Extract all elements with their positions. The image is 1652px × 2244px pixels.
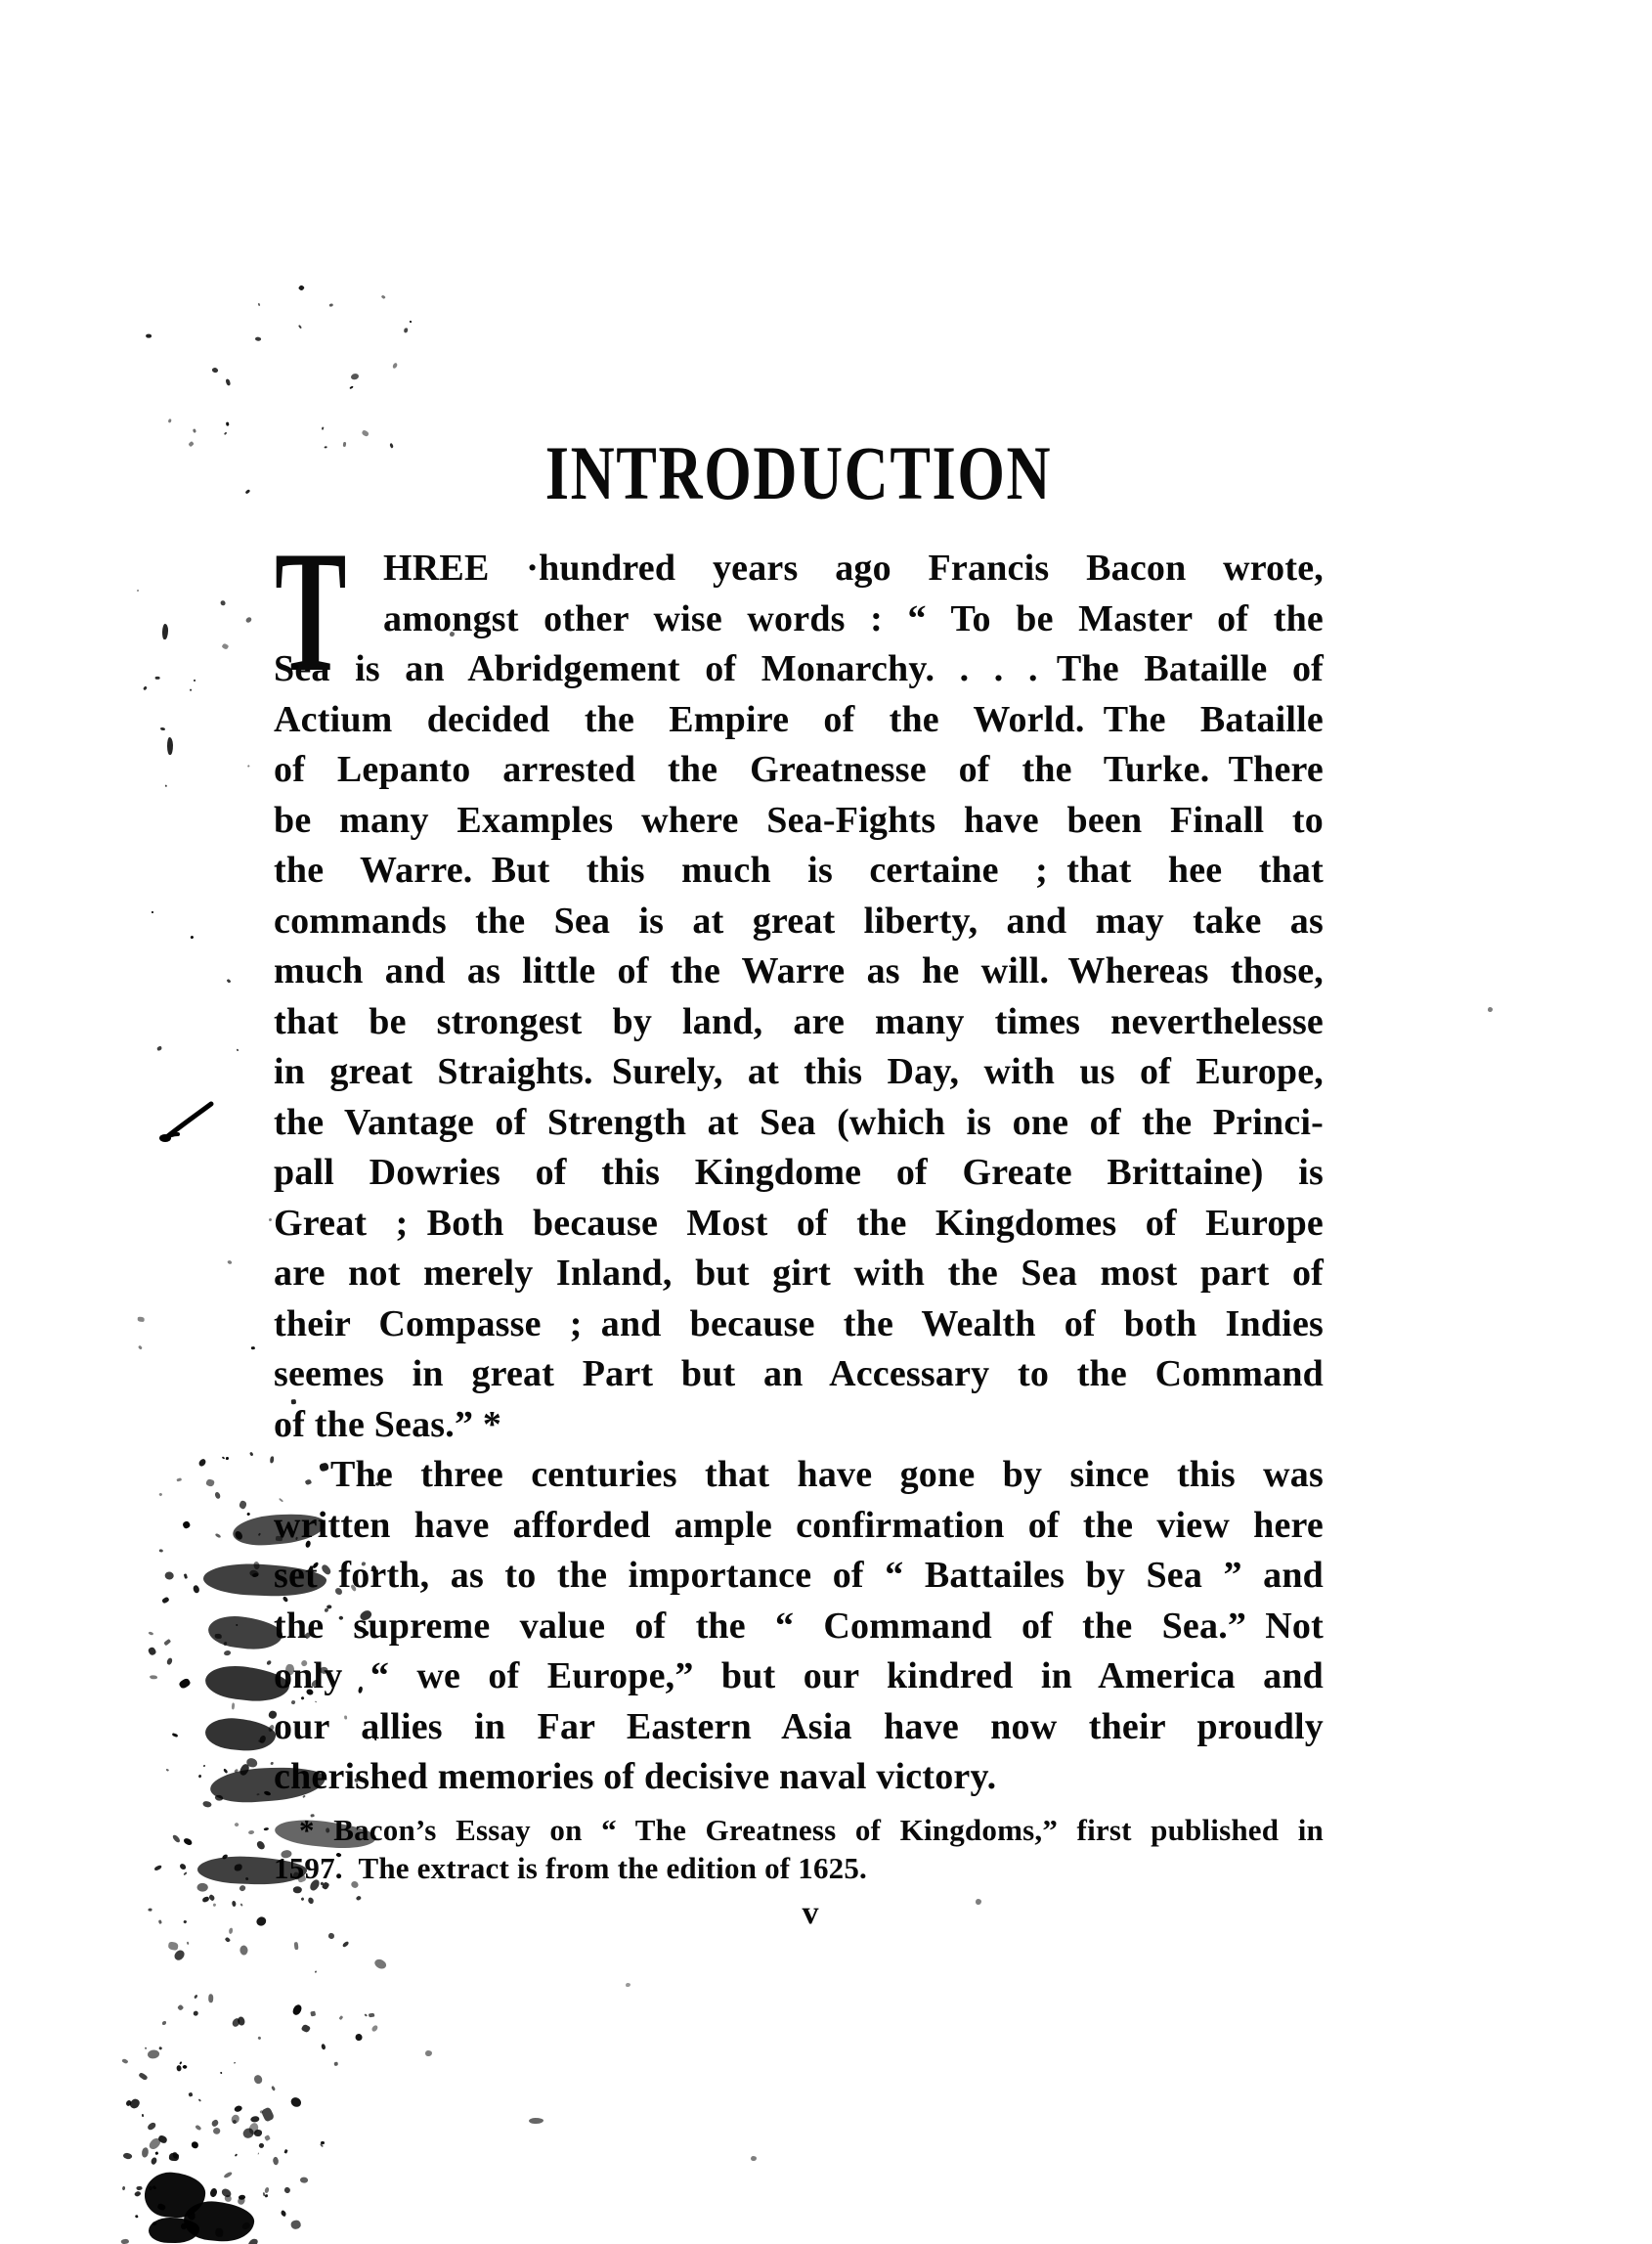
scan-speck [251, 1571, 258, 1577]
scan-speck [208, 2187, 219, 2198]
text-line: in great Straights. Surely, at this Day,… [274, 1047, 1324, 1098]
scan-speck [245, 1758, 258, 1769]
scan-speck [148, 2185, 152, 2190]
scan-speck [260, 1735, 267, 1743]
text-line: that be strongest by land, are many time… [274, 997, 1324, 1048]
scan-speck [247, 2122, 260, 2135]
scan-speck [223, 1642, 227, 1646]
ink-blob [143, 2171, 206, 2220]
pen-mark-icon [154, 1099, 219, 1150]
scan-speck [173, 1948, 187, 1961]
scan-speck [183, 1837, 194, 1846]
scan-speck [211, 367, 219, 374]
scan-speck [294, 1942, 299, 1950]
scan-speck [193, 428, 196, 433]
scan-speck [183, 1574, 188, 1579]
scan-speck [290, 2096, 302, 2108]
scan-speck [138, 1344, 143, 1349]
scan-speck [183, 1871, 188, 1876]
scan-speck [188, 2091, 193, 2096]
scan-speck [145, 2046, 147, 2049]
scan-speck [153, 1865, 162, 1871]
scan-speck [165, 1657, 173, 1666]
scan-speck [260, 2109, 264, 2113]
scan-speck [249, 1568, 260, 1578]
scan-speck [291, 2003, 304, 2017]
scan-speck [164, 1571, 175, 1581]
scan-speck [194, 679, 196, 682]
scan-speck [283, 2186, 291, 2194]
scan-speck [252, 2073, 263, 2085]
scan-speck [301, 2023, 311, 2033]
scan-speck [223, 1768, 229, 1774]
scan-speck [271, 2157, 280, 2167]
scan-speck [148, 2135, 162, 2151]
ink-blob [167, 737, 173, 755]
scan-speck [237, 2016, 246, 2027]
scan-speck [258, 2142, 265, 2149]
scan-speck [158, 1492, 162, 1496]
scan-speck [138, 2072, 148, 2081]
scan-speck [224, 431, 228, 435]
text-line: seemes in great Part but an Accessary to… [274, 1349, 1324, 1400]
scan-speck [255, 1915, 268, 1927]
scan-speck [202, 1800, 212, 1809]
scan-speck [120, 2238, 129, 2244]
text-line: be many Examples where Sea-Fights have b… [274, 796, 1324, 847]
scan-speck [264, 1790, 272, 1797]
scan-speck [156, 2203, 166, 2212]
scan-speck [163, 1639, 171, 1646]
scan-speck [137, 589, 140, 592]
scan-speck [224, 1936, 230, 1942]
scan-speck [156, 2134, 167, 2144]
text-line: of Lepanto arrested the Greatnesse of th… [274, 745, 1324, 796]
scan-speck [370, 2024, 378, 2032]
text-line: 1597. The extract is from the edition of… [274, 1849, 1324, 1887]
scan-speck [178, 1678, 191, 1690]
text-line: amongst other wise words : “ To be Maste… [383, 594, 1324, 645]
text-line: Sea is an Abridgement of Monarchy. . . .… [274, 644, 1324, 695]
scan-speck [224, 2171, 234, 2178]
paragraph-bacon-quote: HREE ·hundred years ago Francis Bacon wr… [274, 544, 1324, 1450]
ink-blob [529, 2118, 543, 2124]
text-line: The three centuries that have gone by si… [274, 1450, 1324, 1501]
scan-speck [176, 1477, 181, 1481]
book-page: INTRODUCTION T HREE ·hundred years ago F… [0, 0, 1652, 2244]
scan-speck [214, 1533, 221, 1539]
scan-speck [157, 1046, 163, 1052]
scan-speck [235, 1530, 243, 1540]
scan-speck [250, 2116, 259, 2123]
scan-speck [253, 1562, 261, 1570]
scan-speck [221, 2186, 233, 2198]
ink-blob [182, 2199, 255, 2244]
scan-speck [165, 1768, 169, 1772]
scan-speck [182, 2064, 188, 2070]
scan-speck [311, 2011, 317, 2017]
ink-blob [425, 2050, 432, 2056]
scan-speck [351, 373, 360, 379]
text-line: the supreme value of the “ Command of th… [274, 1602, 1324, 1652]
scan-speck [210, 2119, 219, 2128]
scan-speck [167, 1941, 179, 1950]
scan-speck [284, 2149, 288, 2153]
text-line: pall Dowries of this Kingdome of Greate … [274, 1148, 1324, 1199]
scan-speck [138, 1317, 145, 1322]
scan-speck [160, 726, 165, 729]
text-line: only “ we of Europe,” but our kindred in… [274, 1651, 1324, 1702]
scan-speck [193, 1585, 200, 1595]
scan-speck [147, 2121, 157, 2131]
scan-speck [300, 2178, 308, 2183]
scan-speck [247, 2237, 258, 2244]
scan-speck [234, 1822, 239, 1827]
text-line: of the Seas.” * [274, 1400, 1324, 1451]
scan-speck [253, 2130, 262, 2137]
scan-speck [325, 447, 327, 449]
scan-speck [227, 1259, 232, 1264]
scan-speck [177, 2004, 184, 2011]
scan-speck [165, 785, 167, 787]
scan-speck [211, 2126, 221, 2135]
scan-speck [173, 2151, 178, 2158]
scan-speck [233, 2061, 235, 2063]
scan-speck [186, 1942, 189, 1945]
scan-speck [269, 1218, 272, 1221]
scan-speck [208, 1994, 214, 2002]
scan-speck [341, 1941, 349, 1949]
ink-blob [162, 624, 168, 639]
scan-speck [214, 1794, 223, 1802]
scan-speck [220, 2072, 222, 2074]
scan-speck [162, 2021, 166, 2025]
scan-speck [239, 1884, 246, 1892]
scan-speck [410, 321, 412, 323]
scan-speck [373, 1958, 388, 1971]
scan-speck [152, 2184, 156, 2189]
ink-blob [204, 1716, 278, 1754]
scan-speck [224, 1650, 232, 1656]
scan-speck [249, 1452, 253, 1457]
scan-speck [196, 2125, 202, 2132]
scan-speck [321, 2141, 325, 2145]
body-text: HREE ·hundred years ago Francis Bacon wr… [274, 544, 1324, 1803]
text-line: much and as little of the Warre as he wi… [274, 946, 1324, 997]
scan-speck [149, 1631, 153, 1636]
scan-speck [158, 2046, 162, 2050]
scan-speck [343, 442, 347, 447]
scan-speck [238, 1500, 247, 1510]
scan-speck [321, 2044, 326, 2050]
scan-speck [186, 2209, 196, 2222]
scan-speck [238, 1944, 250, 1957]
scan-speck [180, 2222, 187, 2229]
scan-speck [236, 1049, 239, 1052]
scan-speck [258, 1532, 261, 1536]
scan-speck [235, 2154, 239, 2158]
scan-speck [315, 1971, 317, 1973]
scan-speck [381, 295, 386, 300]
scan-speck [237, 2196, 246, 2206]
scan-speck [361, 430, 370, 438]
scan-speck [146, 333, 152, 338]
scan-speck [161, 1597, 169, 1605]
scan-speck [280, 2210, 287, 2217]
scan-speck [129, 2098, 141, 2111]
scan-speck [234, 2105, 243, 2114]
scan-speck [232, 1900, 237, 1907]
page-title: INTRODUCTION [378, 434, 1218, 512]
scan-speck [194, 1994, 198, 1998]
scan-speck [154, 2151, 158, 2155]
page-number: v [274, 1895, 1335, 1932]
ink-blob [626, 1983, 630, 1987]
scan-speck [190, 935, 194, 939]
scan-speck [226, 422, 229, 426]
scan-speck [201, 1896, 209, 1903]
scan-speck [152, 2221, 156, 2226]
ink-blob [149, 2218, 199, 2244]
scan-speck [257, 2036, 261, 2040]
text-line: the Warre. But this much is certaine ; t… [274, 846, 1324, 897]
scan-speck [168, 2153, 179, 2162]
scan-speck [229, 1927, 234, 1933]
scan-speck [329, 303, 334, 307]
scan-speck [338, 2015, 343, 2020]
scan-speck [190, 688, 192, 691]
scan-speck [197, 1774, 201, 1778]
scan-speck [222, 643, 230, 650]
scan-speck [121, 2058, 128, 2064]
scan-speck [148, 2050, 159, 2059]
scan-speck [355, 2033, 363, 2041]
scan-speck [167, 418, 171, 423]
scan-speck [234, 1768, 239, 1773]
scan-speck [240, 2221, 250, 2230]
ink-blob [751, 2156, 757, 2161]
scan-speck [236, 1623, 239, 1626]
scan-speck [257, 2153, 259, 2156]
scan-speck [263, 1826, 269, 1831]
paragraph-three-centuries: The three centuries that have gone by si… [274, 1450, 1324, 1803]
scan-speck [142, 2114, 144, 2117]
scan-speck [222, 1854, 229, 1861]
scan-speck [222, 1456, 226, 1460]
scan-speck [149, 1908, 152, 1911]
scan-speck [298, 285, 305, 291]
scan-speck [225, 378, 231, 385]
scan-speck [196, 1881, 209, 1893]
text-line: written have afforded ample confirmation… [274, 1501, 1324, 1552]
scan-speck [137, 2185, 143, 2190]
scan-speck [246, 1513, 250, 1517]
scan-speck [227, 979, 232, 984]
scan-speck [150, 1674, 157, 1679]
scan-speck [239, 2194, 246, 2200]
scan-speck [264, 2194, 268, 2197]
scan-speck [183, 1920, 187, 1924]
scan-speck [125, 2099, 133, 2107]
scan-speck [194, 2011, 198, 2016]
text-line: set forth, as to the importance of “ Bat… [274, 1551, 1324, 1602]
scan-speck [182, 1520, 192, 1530]
scan-speck [123, 2152, 134, 2161]
text-line: are not merely Inland, but girt with the… [274, 1249, 1324, 1299]
text-line: cherished memories of decisive naval vic… [274, 1752, 1324, 1803]
scan-speck [405, 329, 409, 333]
ink-blob [206, 1613, 283, 1653]
scan-speck [391, 362, 398, 370]
scan-speck [298, 325, 302, 329]
scan-speck [205, 1478, 215, 1488]
text-line: the Vantage of Strength at Sea (which is… [274, 1098, 1324, 1149]
scan-speck [188, 441, 194, 447]
scan-speck [197, 2098, 200, 2101]
scan-speck [364, 2014, 368, 2018]
scan-speck [240, 1904, 243, 1907]
scan-speck [221, 599, 226, 604]
scan-speck [213, 1903, 217, 1907]
scan-speck [142, 2147, 150, 2158]
text-line: HREE ·hundred years ago Francis Bacon wr… [383, 544, 1324, 594]
scan-speck [158, 1549, 162, 1553]
scan-speck [238, 1762, 250, 1777]
scan-speck [173, 1833, 182, 1843]
scan-speck [233, 2119, 238, 2124]
scan-speck [231, 1702, 235, 1709]
scan-speck [241, 2126, 256, 2139]
text-line: their Compasse ; and because the Wealth … [274, 1299, 1324, 1350]
scan-speck [179, 2061, 183, 2065]
ink-blob [1488, 1007, 1494, 1013]
scan-speck [247, 1829, 254, 1835]
scan-speck [143, 686, 148, 691]
text-line: our allies in Far Eastern Asia have now … [274, 1702, 1324, 1753]
scan-speck [208, 1894, 216, 1902]
scan-speck [197, 1458, 207, 1468]
scan-speck [215, 1634, 222, 1639]
scan-speck [231, 2114, 239, 2124]
scan-speck [255, 336, 262, 342]
scan-speck [122, 2185, 127, 2190]
scan-speck [215, 1492, 222, 1500]
footnote: * Bacon’s Essay on “ The Greatness of Ki… [274, 1811, 1324, 1887]
scan-speck [231, 2017, 241, 2028]
scan-speck [290, 2220, 302, 2230]
scan-speck [225, 2195, 232, 2202]
scan-speck [257, 302, 260, 305]
scan-speck [260, 2106, 275, 2122]
scan-speck [256, 1793, 260, 1796]
text-line: * Bacon’s Essay on “ The Greatness of Ki… [274, 1811, 1324, 1849]
scan-speck [251, 1346, 255, 1350]
scan-speck [322, 426, 325, 429]
scan-speck [191, 2141, 197, 2148]
scan-speck [155, 677, 160, 680]
scan-speck [180, 1864, 187, 1870]
scan-speck [152, 911, 154, 913]
scan-speck [158, 1920, 162, 1924]
text-line: commands the Sea is at great liberty, an… [274, 897, 1324, 947]
text-line: Great ; Both because Most of the Kingdom… [274, 1199, 1324, 1250]
text-line: Actium decided the Empire of the World. … [274, 695, 1324, 746]
scan-speck [203, 1765, 205, 1767]
scan-speck [334, 2062, 338, 2066]
scan-speck [215, 2227, 224, 2236]
scan-speck [134, 2189, 142, 2197]
scan-speck [176, 2064, 183, 2072]
scan-speck [171, 1733, 178, 1738]
scan-speck [292, 1886, 301, 1893]
scan-speck [349, 385, 354, 389]
scan-speck [226, 1457, 229, 1460]
scan-speck [244, 616, 251, 624]
scan-speck [265, 2135, 272, 2142]
scan-speck [245, 1877, 249, 1881]
scan-speck [135, 2215, 139, 2219]
scan-speck [148, 1647, 157, 1656]
scan-speck [247, 765, 250, 768]
scan-speck [264, 2187, 270, 2194]
scan-speck [262, 2192, 265, 2196]
scan-speck [235, 1864, 242, 1871]
scan-speck [327, 1932, 334, 1939]
scan-speck [266, 1659, 273, 1666]
scan-speck [244, 489, 250, 495]
scan-speck [369, 2013, 375, 2018]
scan-speck [150, 2156, 158, 2165]
scan-speck [258, 1739, 263, 1743]
scan-speck [320, 2143, 324, 2147]
scan-speck [256, 1840, 267, 1851]
scan-speck [270, 2086, 276, 2091]
